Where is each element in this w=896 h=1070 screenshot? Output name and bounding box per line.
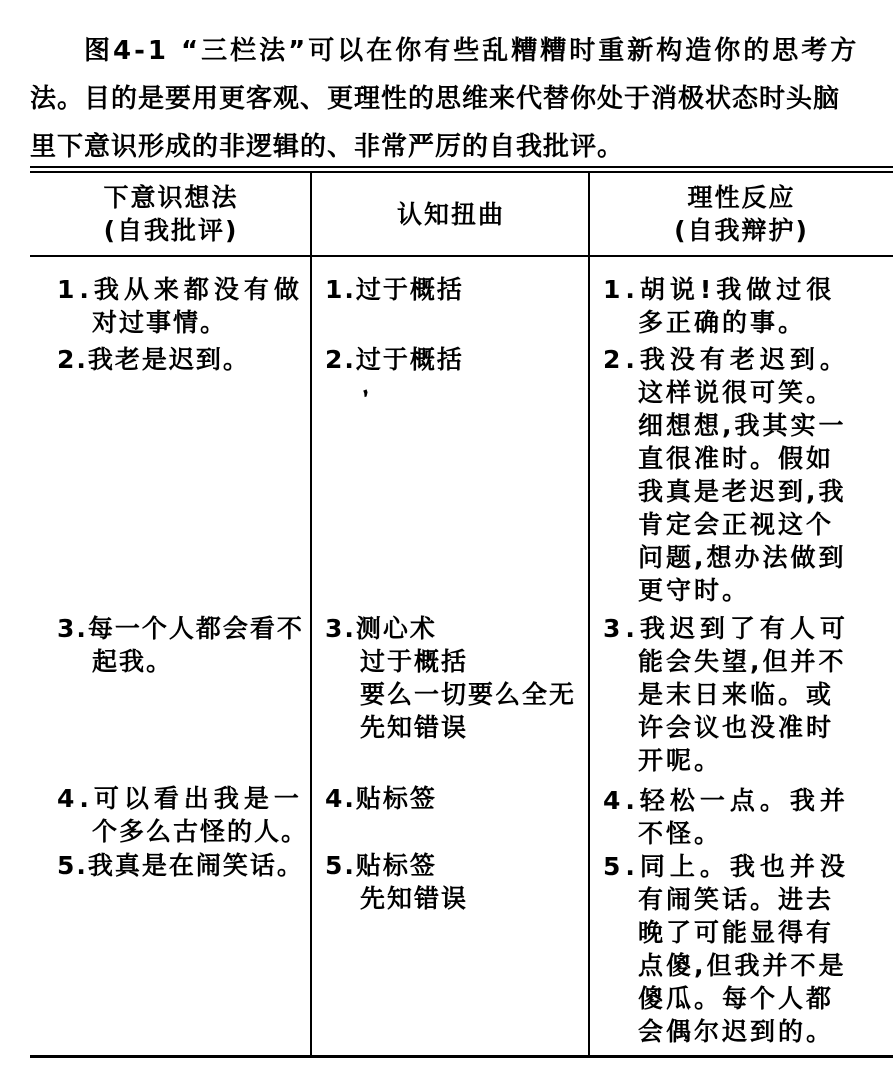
table-header-row: 下意识想法 (自我批评) 认知扭曲 理性反应 (自我辩护) <box>30 173 893 257</box>
cell-response-3: 3.我迟到了有人可 能会失望,但并不 是末日来临。或 许会议也没准时 开呢。 <box>603 612 896 777</box>
figure-caption: 图4-1 “三栏法”可以在你有些乱糟糟时重新构造你的思考方 法。目的是要用更客观… <box>30 27 872 171</box>
table-body: 1.我从来都没有做 对过事情。 2.我老是迟到。 3.每一个人都会看不 起我。 … <box>30 257 893 1055</box>
cell-distortion-4: 4.贴标签 <box>325 782 616 815</box>
cell-distortion-1: 1.过于概括 <box>325 273 616 306</box>
cell-distortion-3: 3.测心术 过于概括 要么一切要么全无 先知错误 <box>325 612 616 744</box>
cell-response-5: 5.同上。我也并没 有闹笑话。进去 晚了可能显得有 点傻,但我并不是 傻瓜。每个… <box>603 850 896 1048</box>
header-rational-response: 理性反应 (自我辩护) <box>590 181 893 247</box>
column-divider-1 <box>310 173 312 1055</box>
cell-distortion-5: 5.贴标签 先知错误 <box>325 849 616 915</box>
header-automatic-thoughts: 下意识想法 (自我批评) <box>30 181 312 247</box>
cell-response-1: 1.胡说!我做过很 多正确的事。 <box>603 273 896 339</box>
scan-artifact-mark: , <box>356 374 371 399</box>
cell-response-2: 2.我没有老迟到。 这样说很可笑。 细想想,我其实一 直很准时。假如 我真是老迟… <box>603 343 896 607</box>
scanned-book-page: 图4-1 “三栏法”可以在你有些乱糟糟时重新构造你的思考方 法。目的是要用更客观… <box>0 0 896 1070</box>
cell-response-4: 4.轻松一点。我并 不怪。 <box>603 784 896 850</box>
three-column-table: 下意识想法 (自我批评) 认知扭曲 理性反应 (自我辩护) 1.我从来都没有做 … <box>30 166 893 1058</box>
header-cognitive-distortion: 认知扭曲 <box>312 198 590 231</box>
cell-distortion-2: 2.过于概括 <box>325 343 616 376</box>
column-divider-2 <box>588 173 590 1055</box>
